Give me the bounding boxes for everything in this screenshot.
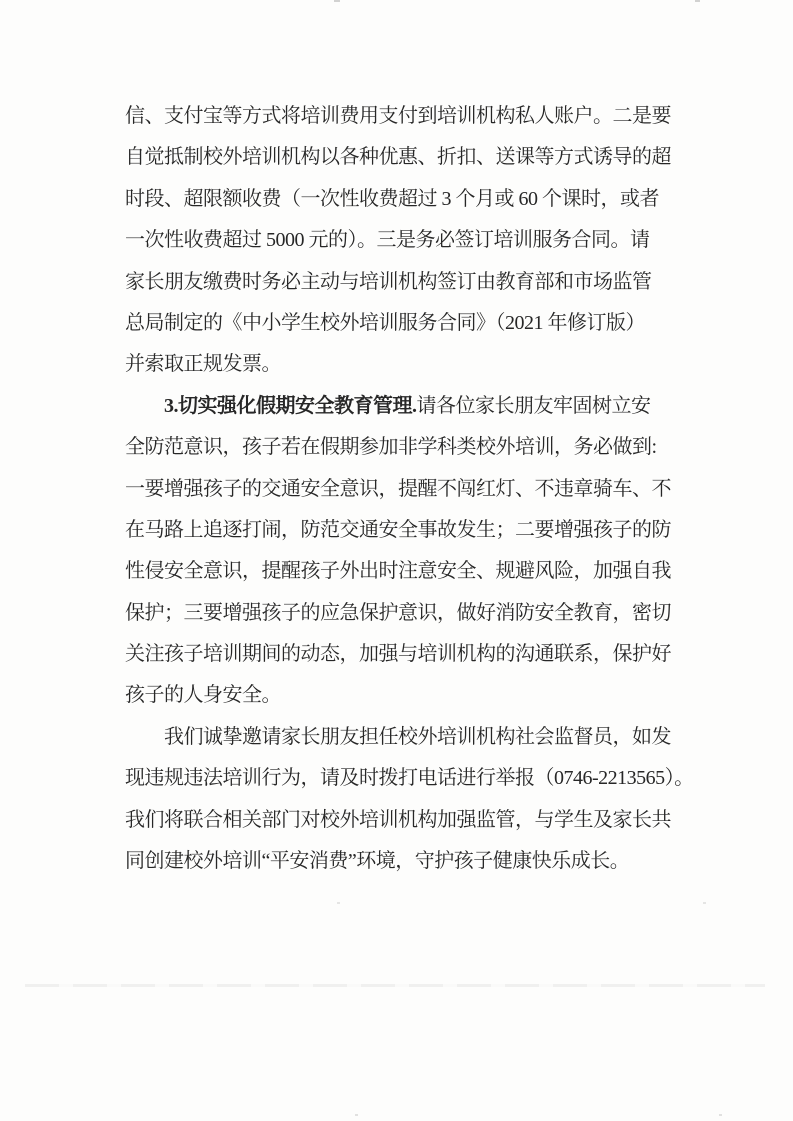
text-line: 全防范意识，孩子若在假期参加非学科类校外培训，务必做到: xyxy=(125,427,671,468)
document-body-text: 信、支付宝等方式将培训费用支付到培训机构私人账户。二是要自觉抵制校外培训机构以各… xyxy=(125,96,671,882)
text-run: 我们将联合相关部门对校外培训机构加强监管，与学生及家长共 xyxy=(125,809,671,831)
text-run: 全防范意识，孩子若在假期参加非学科类校外培训，务必做到: xyxy=(125,436,657,458)
text-run: 同创建校外培训“平安消费”环境，守护孩子健康快乐成长。 xyxy=(125,850,629,872)
text-line: 总局制定的《中小学生校外培训服务合同》（2021 年修订版） xyxy=(125,303,671,344)
text-run: 家长朋友缴费时务必主动与培训机构签订由教育部和市场监管 xyxy=(125,271,652,293)
text-run: 在马路上追逐打闹，防范交通安全事故发生；二要增强孩子的防 xyxy=(125,519,671,541)
scan-speck xyxy=(703,902,706,904)
text-line: 同创建校外培训“平安消费”环境，守护孩子健康快乐成长。 xyxy=(125,841,671,882)
text-line: 在马路上追逐打闹，防范交通安全事故发生；二要增强孩子的防 xyxy=(125,510,671,551)
text-run: 一要增强孩子的交通安全意识，提醒不闯红灯、不违章骑车、不 xyxy=(125,478,671,500)
text-line: 我们将联合相关部门对校外培训机构加强监管，与学生及家长共 xyxy=(125,800,671,841)
text-run: 并索取正规发票。 xyxy=(125,353,281,375)
text-run: 性侵安全意识，提醒孩子外出时注意安全、规避风险，加强自我 xyxy=(125,560,671,582)
text-run: 关注孩子培训期间的动态，加强与培训机构的沟通联系，保护好 xyxy=(125,643,671,665)
text-run: 信、支付宝等方式将培训费用支付到培训机构私人账户。二是要 xyxy=(125,105,671,127)
text-line: 保护；三要增强孩子的应急保护意识，做好消防安全教育，密切 xyxy=(125,593,671,634)
text-run: 保护；三要增强孩子的应急保护意识，做好消防安全教育，密切 xyxy=(125,602,671,624)
scan-speck xyxy=(337,902,340,904)
text-line: 时段、超限额收费（一次性收费超过 3 个月或 60 个课时，或者 xyxy=(125,179,671,220)
text-run: 请各位家长朋友牢固树立安 xyxy=(417,395,651,417)
scan-speck xyxy=(334,0,340,2)
text-line: 孩子的人身安全。 xyxy=(125,675,671,716)
scan-speck xyxy=(719,1114,722,1116)
text-line: 现违规违法培训行为，请及时拨打电话进行举报（0746-2213565）。 xyxy=(125,758,671,799)
text-line: 我们诚挚邀请家长朋友担任校外培训机构社会监督员，如发 xyxy=(125,717,671,758)
text-run: 时段、超限额收费（一次性收费超过 3 个月或 60 个课时，或者 xyxy=(125,188,659,210)
bold-text-run: 3.切实强化假期安全教育管理. xyxy=(164,395,417,417)
text-line: 自觉抵制校外培训机构以各种优惠、折扣、送课等方式诱导的超 xyxy=(125,137,671,178)
text-run: 一次性收费超过 5000 元的）。三是务必签订培训服务合同。请 xyxy=(125,229,650,251)
scan-speck xyxy=(695,0,700,2)
text-run: 自觉抵制校外培训机构以各种优惠、折扣、送课等方式诱导的超 xyxy=(125,146,671,168)
text-line: 3.切实强化假期安全教育管理.请各位家长朋友牢固树立安 xyxy=(125,386,671,427)
text-line: 家长朋友缴费时务必主动与培训机构签订由教育部和市场监管 xyxy=(125,262,671,303)
text-line: 一次性收费超过 5000 元的）。三是务必签订培训服务合同。请 xyxy=(125,220,671,261)
scan-artifact-line xyxy=(25,984,765,987)
text-run: 我们诚挚邀请家长朋友担任校外培训机构社会监督员，如发 xyxy=(164,726,671,748)
scanned-document-page: 信、支付宝等方式将培训费用支付到培训机构私人账户。二是要自觉抵制校外培训机构以各… xyxy=(0,0,793,1121)
text-run: 总局制定的《中小学生校外培训服务合同》（2021 年修订版） xyxy=(125,312,645,334)
text-line: 并索取正规发票。 xyxy=(125,344,671,385)
text-line: 关注孩子培训期间的动态，加强与培训机构的沟通联系，保护好 xyxy=(125,634,671,675)
text-line: 性侵安全意识，提醒孩子外出时注意安全、规避风险，加强自我 xyxy=(125,551,671,592)
paragraph-payment-warning: 信、支付宝等方式将培训费用支付到培训机构私人账户。二是要自觉抵制校外培训机构以各… xyxy=(125,96,671,386)
paragraph-social-supervisor-invitation: 我们诚挚邀请家长朋友担任校外培训机构社会监督员，如发现违规违法培训行为，请及时拨… xyxy=(125,717,671,883)
text-line: 一要增强孩子的交通安全意识，提醒不闯红灯、不违章骑车、不 xyxy=(125,469,671,510)
text-run: 孩子的人身安全。 xyxy=(125,684,281,706)
text-run: 现违规违法培训行为，请及时拨打电话进行举报（0746-2213565）。 xyxy=(125,767,694,789)
text-line: 信、支付宝等方式将培训费用支付到培训机构私人账户。二是要 xyxy=(125,96,671,137)
paragraph-holiday-safety-education: 3.切实强化假期安全教育管理.请各位家长朋友牢固树立安全防范意识，孩子若在假期参… xyxy=(125,386,671,717)
scan-speck xyxy=(355,1114,358,1116)
